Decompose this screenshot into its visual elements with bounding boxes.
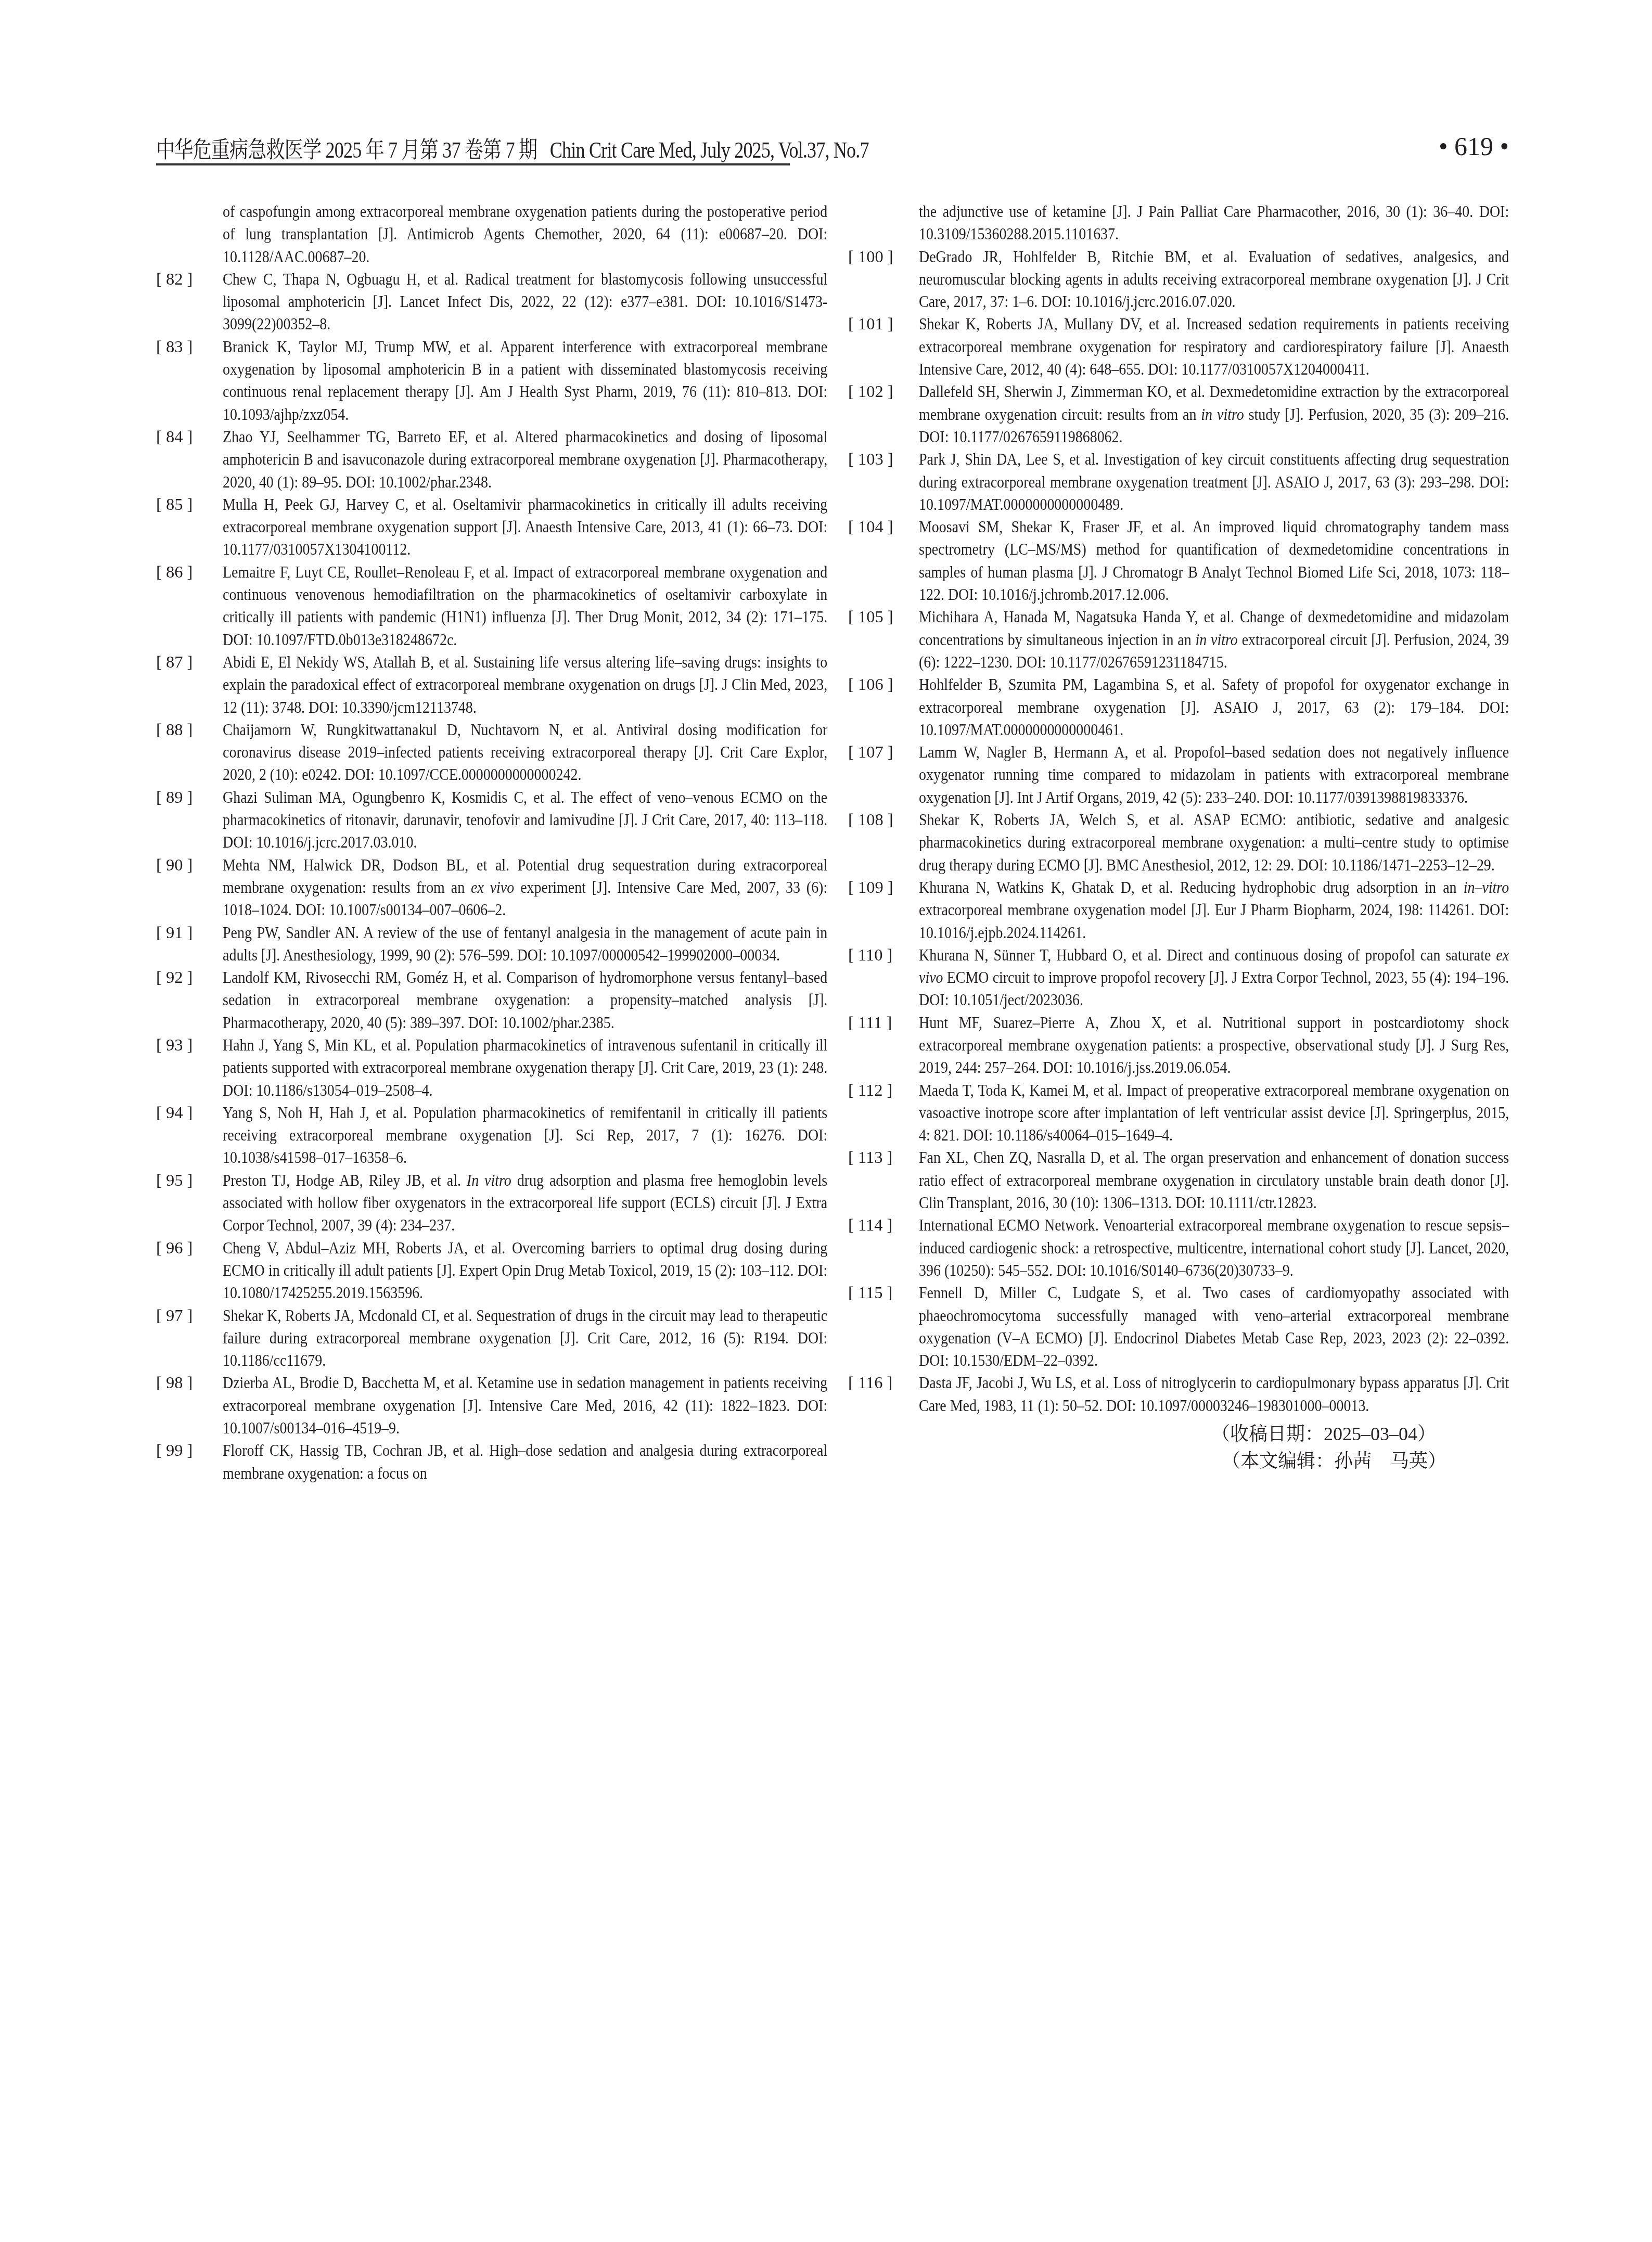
reference-column-left: of caspofungin among extracorporeal memb…	[156, 201, 827, 1485]
reference-number: [ 115 ]	[848, 1282, 892, 1304]
reference-entry: [ 92 ]Landolf KM, Rivosecchi RM, Goméz H…	[156, 967, 827, 1034]
reference-entry: [ 113 ]Fan XL, Chen ZQ, Nasralla D, et a…	[848, 1147, 1509, 1214]
reference-text: Dasta JF, Jacobi J, Wu LS, et al. Loss o…	[919, 1372, 1509, 1417]
reference-number: [ 112 ]	[848, 1080, 892, 1102]
reference-entry: [ 98 ]Dzierba AL, Brodie D, Bacchetta M,…	[156, 1372, 827, 1440]
reference-number: [ 110 ]	[848, 944, 892, 967]
reference-number: [ 84 ]	[156, 426, 193, 449]
reference-continuation: of caspofungin among extracorporeal memb…	[156, 201, 827, 268]
reference-number: [ 102 ]	[848, 381, 893, 403]
header-rule	[156, 163, 790, 165]
reference-text: Ghazi Suliman MA, Ogungbenro K, Kosmidis…	[223, 787, 827, 854]
reference-entry: [ 83 ]Branick K, Taylor MJ, Trump MW, et…	[156, 336, 827, 426]
reference-number: [ 113 ]	[848, 1147, 892, 1169]
reference-number: [ 105 ]	[848, 606, 893, 629]
reference-text: Fan XL, Chen ZQ, Nasralla D, et al. The …	[919, 1147, 1509, 1214]
journal-title-cn: 中华危重病急救医学 2025 年 7 月第 37 卷第 7 期	[156, 137, 537, 163]
reference-entry: [ 101 ]Shekar K, Roberts JA, Mullany DV,…	[848, 313, 1509, 381]
reference-entry: [ 112 ]Maeda T, Toda K, Kamei M, et al. …	[848, 1080, 1509, 1147]
reference-number: [ 83 ]	[156, 336, 193, 358]
reference-entry: [ 99 ]Floroff CK, Hassig TB, Cochran JB,…	[156, 1440, 827, 1485]
reference-number: [ 91 ]	[156, 922, 193, 944]
reference-text-part: extracorporeal membrane oxygenation mode…	[919, 901, 1509, 942]
reference-number: [ 95 ]	[156, 1170, 193, 1192]
reference-number: [ 88 ]	[156, 719, 193, 741]
reference-entry: [ 85 ]Mulla H, Peek GJ, Harvey C, et al.…	[156, 494, 827, 561]
reference-entry: [ 84 ]Zhao YJ, Seelhammer TG, Barreto EF…	[156, 426, 827, 494]
reference-entry: [ 111 ]Hunt MF, Suarez–Pierre A, Zhou X,…	[848, 1012, 1509, 1080]
reference-text-part: Preston TJ, Hodge AB, Riley JB, et al.	[223, 1171, 467, 1190]
reference-text: DeGrado JR, Hohlfelder B, Ritchie BM, et…	[919, 246, 1509, 314]
journal-title-en: Chin Crit Care Med, July 2025, Vol.37, N…	[550, 137, 869, 163]
reference-text: Abidi E, El Nekidy WS, Atallah B, et al.…	[223, 651, 827, 719]
reference-number: [ 108 ]	[848, 809, 893, 831]
reference-entry: [ 114 ]International ECMO Network. Venoa…	[848, 1214, 1509, 1282]
reference-number: [ 101 ]	[848, 313, 893, 336]
reference-text: Zhao YJ, Seelhammer TG, Barreto EF, et a…	[223, 426, 827, 494]
reference-text: Chaijamorn W, Rungkitwattanakul D, Nucht…	[223, 719, 827, 787]
reference-number: [ 111 ]	[848, 1012, 892, 1034]
reference-number: [ 104 ]	[848, 516, 893, 539]
reference-text: Hahn J, Yang S, Min KL, et al. Populatio…	[223, 1034, 827, 1102]
page-number: • 619 •	[1439, 131, 1509, 161]
reference-entry: [ 110 ]Khurana N, Sünner T, Hubbard O, e…	[848, 944, 1509, 1012]
reference-entry: [ 86 ]Lemaitre F, Luyt CE, Roullet–Renol…	[156, 561, 827, 651]
reference-text: Michihara A, Hanada M, Nagatsuka Handa Y…	[919, 606, 1509, 674]
reference-text: Preston TJ, Hodge AB, Riley JB, et al. I…	[223, 1170, 827, 1237]
reference-text: Maeda T, Toda K, Kamei M, et al. Impact …	[919, 1080, 1509, 1147]
reference-text: Moosavi SM, Shekar K, Fraser JF, et al. …	[919, 516, 1509, 606]
running-header: 中华危重病急救医学 2025 年 7 月第 37 卷第 7 期 Chin Cri…	[156, 131, 1509, 173]
reference-entry: [ 108 ]Shekar K, Roberts JA, Welch S, et…	[848, 809, 1509, 877]
reference-number: [ 100 ]	[848, 246, 893, 268]
reference-text: Fennell D, Miller C, Ludgate S, et al. T…	[919, 1282, 1509, 1372]
italic-term: in vitro	[1195, 631, 1237, 649]
reference-text: Yang S, Noh H, Hah J, et al. Population …	[223, 1102, 827, 1170]
reference-number: [ 109 ]	[848, 877, 893, 899]
reference-continuation: the adjunctive use of ketamine [J]. J Pa…	[848, 201, 1509, 246]
reference-number: [ 92 ]	[156, 967, 193, 989]
article-footer: （收稿日期：2025–03–04）（本文编辑：孙茜 马英）	[848, 1420, 1509, 1475]
reference-text: Floroff CK, Hassig TB, Cochran JB, et al…	[223, 1440, 827, 1485]
reference-entry: [ 82 ]Chew C, Thapa N, Ogbuagu H, et al.…	[156, 268, 827, 336]
reference-number: [ 90 ]	[156, 854, 193, 877]
reference-text: Park J, Shin DA, Lee S, et al. Investiga…	[919, 449, 1509, 516]
reference-text: Lamm W, Nagler B, Hermann A, et al. Prop…	[919, 741, 1509, 809]
reference-text: Lemaitre F, Luyt CE, Roullet–Renoleau F,…	[223, 561, 827, 651]
reference-text: Dallefeld SH, Sherwin J, Zimmerman KO, e…	[919, 381, 1509, 449]
reference-entry: [ 91 ]Peng PW, Sandler AN. A review of t…	[156, 922, 827, 967]
reference-text: Hohlfelder B, Szumita PM, Lagambina S, e…	[919, 674, 1509, 741]
reference-number: [ 116 ]	[848, 1372, 892, 1394]
reference-text: Landolf KM, Rivosecchi RM, Goméz H, et a…	[223, 967, 827, 1034]
reference-text: Hunt MF, Suarez–Pierre A, Zhou X, et al.…	[919, 1012, 1509, 1080]
reference-number: [ 85 ]	[156, 494, 193, 516]
reference-text: Shekar K, Roberts JA, Welch S, et al. AS…	[919, 809, 1509, 877]
reference-number: [ 93 ]	[156, 1034, 193, 1057]
reference-text-part: Khurana N, Sünner T, Hubbard O, et al. D…	[919, 946, 1496, 965]
italic-term: ex vivo	[471, 878, 514, 897]
reference-entry: [ 93 ]Hahn J, Yang S, Min KL, et al. Pop…	[156, 1034, 827, 1102]
reference-entry: [ 107 ]Lamm W, Nagler B, Hermann A, et a…	[848, 741, 1509, 809]
reference-text-part: Khurana N, Watkins K, Ghatak D, et al. R…	[919, 878, 1464, 897]
reference-entry: [ 103 ]Park J, Shin DA, Lee S, et al. In…	[848, 449, 1509, 516]
reference-text: Shekar K, Roberts JA, Mullany DV, et al.…	[919, 313, 1509, 381]
reference-entry: [ 87 ]Abidi E, El Nekidy WS, Atallah B, …	[156, 651, 827, 719]
reference-text: Mehta NM, Halwick DR, Dodson BL, et al. …	[223, 854, 827, 922]
reference-entry: [ 96 ]Cheng V, Abdul–Aziz MH, Roberts JA…	[156, 1237, 827, 1305]
reference-number: [ 87 ]	[156, 651, 193, 674]
journal-citation: 中华危重病急救医学 2025 年 7 月第 37 卷第 7 期 Chin Cri…	[156, 131, 869, 164]
reference-number: [ 107 ]	[848, 741, 893, 764]
reference-text: Peng PW, Sandler AN. A review of the use…	[223, 922, 827, 967]
reference-number: [ 114 ]	[848, 1214, 892, 1237]
reference-text: International ECMO Network. Venoarterial…	[919, 1214, 1509, 1282]
reference-entry: [ 115 ]Fennell D, Miller C, Ludgate S, e…	[848, 1282, 1509, 1372]
reference-number: [ 106 ]	[848, 674, 893, 696]
received-date: （收稿日期：2025–03–04）	[848, 1420, 1446, 1447]
reference-entry: [ 116 ]Dasta JF, Jacobi J, Wu LS, et al.…	[848, 1372, 1509, 1417]
reference-text-part: ECMO circuit to improve propofol recover…	[919, 968, 1509, 1009]
reference-entry: [ 88 ]Chaijamorn W, Rungkitwattanakul D,…	[156, 719, 827, 787]
reference-text: Khurana N, Sünner T, Hubbard O, et al. D…	[919, 944, 1509, 1012]
reference-number: [ 82 ]	[156, 268, 193, 291]
reference-entry: [ 90 ]Mehta NM, Halwick DR, Dodson BL, e…	[156, 854, 827, 922]
reference-number: [ 97 ]	[156, 1305, 193, 1327]
reference-text: the adjunctive use of ketamine [J]. J Pa…	[919, 201, 1509, 246]
reference-entry: [ 109 ]Khurana N, Watkins K, Ghatak D, e…	[848, 877, 1509, 944]
reference-entry: [ 106 ]Hohlfelder B, Szumita PM, Lagambi…	[848, 674, 1509, 741]
reference-text: Branick K, Taylor MJ, Trump MW, et al. A…	[223, 336, 827, 426]
reference-text: of caspofungin among extracorporeal memb…	[223, 201, 827, 268]
reference-text: Khurana N, Watkins K, Ghatak D, et al. R…	[919, 877, 1509, 944]
italic-term: in–vitro	[1464, 878, 1509, 897]
reference-number: [ 98 ]	[156, 1372, 193, 1394]
reference-number: [ 86 ]	[156, 561, 193, 584]
reference-entry: [ 94 ]Yang S, Noh H, Hah J, et al. Popul…	[156, 1102, 827, 1170]
editors-credit: （本文编辑：孙茜 马英）	[848, 1447, 1446, 1475]
reference-number: [ 94 ]	[156, 1102, 193, 1124]
italic-term: In vitro	[467, 1171, 511, 1190]
reference-text: Mulla H, Peek GJ, Harvey C, et al. Oselt…	[223, 494, 827, 561]
reference-text: Shekar K, Roberts JA, Mcdonald CI, et al…	[223, 1305, 827, 1373]
reference-entry: [ 89 ]Ghazi Suliman MA, Ogungbenro K, Ko…	[156, 787, 827, 854]
reference-entry: [ 105 ]Michihara A, Hanada M, Nagatsuka …	[848, 606, 1509, 674]
reference-number: [ 89 ]	[156, 787, 193, 809]
reference-text: Dzierba AL, Brodie D, Bacchetta M, et al…	[223, 1372, 827, 1440]
reference-entry: [ 95 ]Preston TJ, Hodge AB, Riley JB, et…	[156, 1170, 827, 1237]
reference-number: [ 96 ]	[156, 1237, 193, 1260]
reference-entry: [ 100 ]DeGrado JR, Hohlfelder B, Ritchie…	[848, 246, 1509, 314]
italic-term: in vitro	[1201, 405, 1244, 424]
reference-entry: [ 102 ]Dallefeld SH, Sherwin J, Zimmerma…	[848, 381, 1509, 449]
reference-text: Cheng V, Abdul–Aziz MH, Roberts JA, et a…	[223, 1237, 827, 1305]
reference-column-right: the adjunctive use of ketamine [J]. J Pa…	[848, 201, 1509, 1475]
reference-entry: [ 104 ]Moosavi SM, Shekar K, Fraser JF, …	[848, 516, 1509, 606]
reference-text: Chew C, Thapa N, Ogbuagu H, et al. Radic…	[223, 268, 827, 336]
reference-number: [ 103 ]	[848, 449, 893, 471]
reference-number: [ 99 ]	[156, 1440, 193, 1462]
reference-entry: [ 97 ]Shekar K, Roberts JA, Mcdonald CI,…	[156, 1305, 827, 1373]
